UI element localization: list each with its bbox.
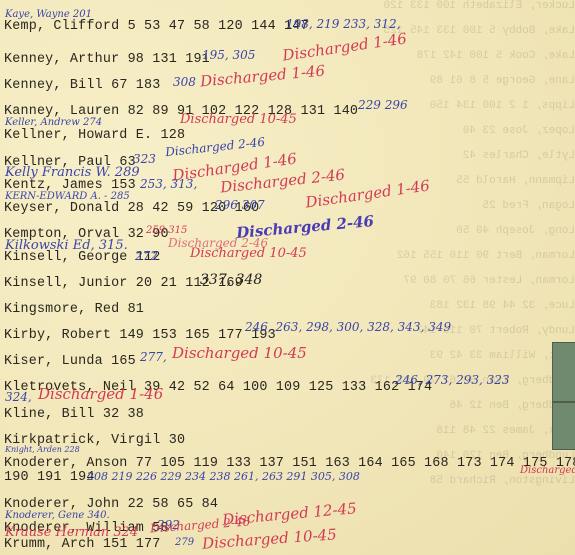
hw-kaye-wayne: Kaye, Wayne 201	[5, 9, 92, 20]
hw-knoderer-gene: Knoderer, Gene 340.	[5, 510, 110, 521]
hw-kemp-numbers: 198, 219 233, 312,	[286, 17, 401, 31]
hw-kletrovets-discharged: Discharged 1-46	[38, 385, 163, 403]
hw-bill-numbers: 308	[173, 75, 196, 89]
hw-krumm-numbers: 279	[175, 537, 194, 548]
hw-anson-discharged: Discharged 2-46	[520, 465, 575, 476]
entry-kemp-clifford: Kemp, Clifford 5 53 47 58 120 144 147	[4, 19, 309, 34]
hw-george-numbers: 272	[135, 249, 158, 263]
green-index-tab	[552, 402, 575, 450]
hw-junior-numbers: 337, 348	[200, 272, 262, 288]
hw-keyser-numbers: 296 307	[215, 198, 265, 212]
hw-lauren-numbers: 229 296	[358, 98, 408, 112]
hw-kletrovets-numbers: 246, 273, 293, 323	[395, 373, 510, 387]
green-index-tab	[552, 342, 575, 402]
hw-knight-arden: Knight, Arden 228	[5, 445, 80, 454]
hw-kiser-numbers: 277,	[140, 350, 167, 364]
hw-kentz-numbers: 253, 313,	[140, 177, 197, 191]
entry-kenney-bill: Kenney, Bill 67 183	[4, 78, 161, 93]
entry-kirby-robert: Kirby, Robert 149 153 165 177 193	[4, 328, 276, 343]
entry-kiser-lunda: Kiser, Lunda 165	[4, 354, 136, 369]
hw-kilkowski-ed: Kilkowski Ed, 315.	[5, 238, 128, 253]
hw-kern-edward: KERN-EDWARD A. - 285	[5, 191, 130, 202]
entry-knoderer-anson: Knoderer, Anson 77 105 119 133 137 151 1…	[4, 456, 575, 471]
hw-keller-andrew: Keller, Andrew 274	[5, 117, 102, 128]
entry-knoderer-anson-cont: 190 191 194	[4, 470, 95, 485]
hw-kletrovets-numbers-2: 324,	[5, 390, 32, 404]
entry-kenney-arthur: Kenney, Arthur 98 131 191	[4, 52, 210, 67]
hw-paul-numbers: 323	[133, 152, 156, 166]
hw-kelly-francis: Kelly Francis W. 289	[5, 165, 140, 180]
hw-arthur-numbers: 195, 305	[202, 48, 255, 62]
entry-kingsmore-red: Kingsmore, Red 81	[4, 302, 144, 317]
hw-krause-herman: Krause Herman 324	[5, 525, 138, 540]
hw-anson-numbers: 208 219 226 229 234 238 261, 263 291 305…	[87, 470, 360, 483]
hw-kirby-numbers: 246, 263, 298, 300, 328, 343, 349	[245, 320, 451, 334]
hw-kempton-numbers: 259 315	[146, 225, 187, 236]
hw-george-discharged: Discharged 10-45	[190, 246, 307, 261]
hw-keller-discharged: Discharged 10-45	[180, 112, 297, 127]
entry-kline-bill: Kline, Bill 32 38	[4, 407, 144, 422]
entry-kellner-howard: Kellner, Howard E. 128	[4, 128, 185, 143]
hw-kiser-discharged: Discharged 10-45	[172, 344, 307, 362]
